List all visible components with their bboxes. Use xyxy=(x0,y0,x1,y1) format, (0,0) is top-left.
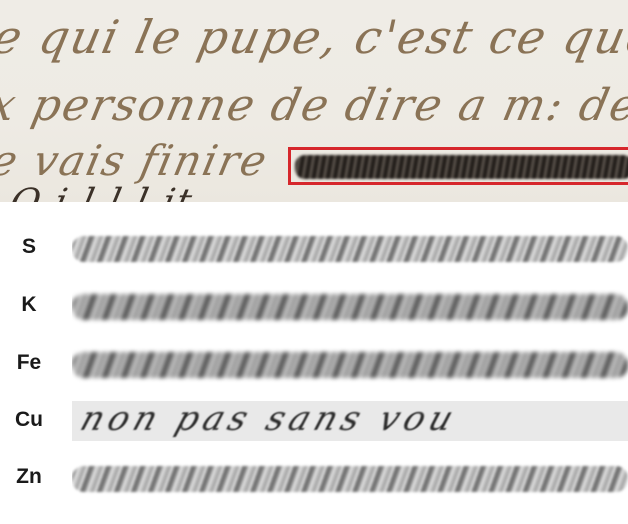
element-label: S xyxy=(0,222,58,272)
element-map-strip xyxy=(72,286,628,326)
element-label: K xyxy=(0,280,58,330)
xrf-row-cu: Cu non pas sans vou xyxy=(0,395,628,445)
redaction-highlight-box xyxy=(288,147,628,185)
element-label: Zn xyxy=(0,452,58,502)
element-label: Cu xyxy=(0,395,58,445)
element-map-strip: non pas sans vou xyxy=(72,401,628,441)
revealed-hidden-text: non pas sans vou xyxy=(76,401,464,439)
manuscript-line-2: x personne de dire a m: de ni xyxy=(0,80,628,131)
element-map-strip xyxy=(72,344,628,384)
xrf-elemental-maps: S K Fe Cu non pas sans vou Zn xyxy=(0,202,628,524)
element-label: Fe xyxy=(0,338,58,388)
xrf-row-zn: Zn xyxy=(0,452,628,502)
scribble-signal xyxy=(72,294,628,320)
redacted-text-scribble xyxy=(295,155,628,179)
manuscript-line-1: e qui le pupe, c'est ce que je en xyxy=(0,10,628,64)
scribble-signal xyxy=(72,466,628,492)
scribble-signal xyxy=(72,352,628,378)
element-map-strip xyxy=(72,458,628,498)
manuscript-line-3: e vais finire xyxy=(0,136,273,185)
scribble-signal xyxy=(72,236,628,262)
manuscript-photo: e qui le pupe, c'est ce que je en x pers… xyxy=(0,0,628,202)
xrf-row-k: K xyxy=(0,280,628,330)
manuscript-line-4: Q i l l l it xyxy=(6,182,197,202)
xrf-row-s: S xyxy=(0,222,628,272)
element-map-strip xyxy=(72,228,628,268)
xrf-row-fe: Fe xyxy=(0,338,628,388)
